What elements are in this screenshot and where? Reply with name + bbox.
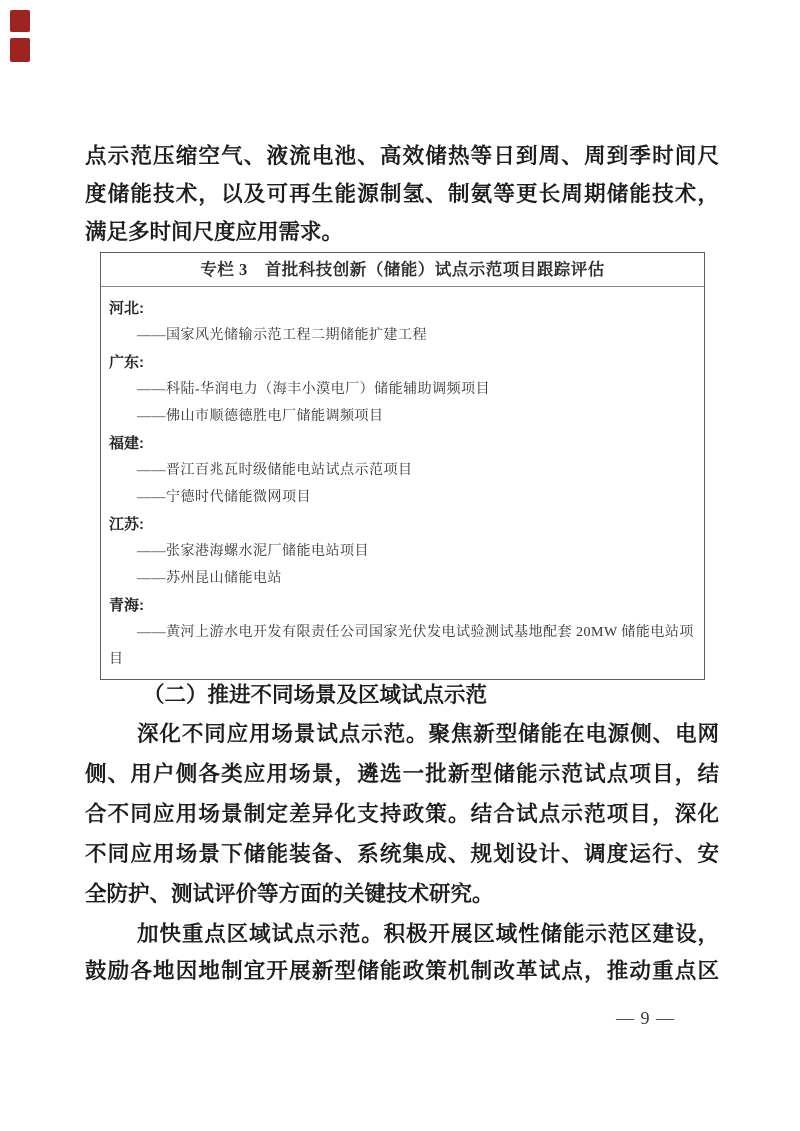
section-heading: （二）推进不同场景及区域试点示范 bbox=[85, 681, 719, 709]
project-item: ——张家港海螺水泥厂储能电站项目 bbox=[109, 538, 696, 565]
text-line: 鼓励各地因地制宜开展新型储能政策机制改革试点，推动重点区 bbox=[85, 953, 719, 990]
callout-box-body: 河北:——国家风光储输示范工程二期储能扩建工程广东:——科陆-华润电力（海丰小漠… bbox=[101, 287, 704, 679]
callout-box: 专栏 3 首批科技创新（储能）试点示范项目跟踪评估 河北:——国家风光储输示范工… bbox=[100, 252, 705, 680]
project-item: ——佛山市顺德德胜电厂储能调频项目 bbox=[109, 403, 696, 430]
region-label: 河北: bbox=[109, 295, 696, 322]
intro-paragraph: 点示范压缩空气、液流电池、高效储热等日到周、周到季时间尺度储能技术，以及可再生能… bbox=[85, 137, 719, 251]
region-label: 江苏: bbox=[109, 511, 696, 538]
text-line: 合不同应用场景制定差异化支持政策。结合试点示范项目，深化 bbox=[85, 794, 719, 834]
region-label: 福建: bbox=[109, 430, 696, 457]
text-line: 全防护、测试评价等方面的关键技术研究。 bbox=[85, 874, 719, 914]
project-item: ——晋江百兆瓦时级储能电站试点示范项目 bbox=[109, 457, 696, 484]
text-line: 加快重点区域试点示范。积极开展区域性储能示范区建设， bbox=[85, 916, 719, 953]
red-corner-mark bbox=[10, 38, 30, 62]
text-line: 满足多时间尺度应用需求。 bbox=[85, 213, 719, 251]
project-item: ——国家风光储输示范工程二期储能扩建工程 bbox=[109, 322, 696, 349]
body-paragraph-2: 加快重点区域试点示范。积极开展区域性储能示范区建设，鼓励各地因地制宜开展新型储能… bbox=[85, 916, 719, 990]
project-item: ——科陆-华润电力（海丰小漠电厂）储能辅助调频项目 bbox=[109, 376, 696, 403]
text-line: 点示范压缩空气、液流电池、高效储热等日到周、周到季时间尺 bbox=[85, 137, 719, 175]
project-item: ——苏州昆山储能电站 bbox=[109, 565, 696, 592]
text-line: 不同应用场景下储能装备、系统集成、规划设计、调度运行、安 bbox=[85, 834, 719, 874]
project-item: ——宁德时代储能微网项目 bbox=[109, 484, 696, 511]
red-corner-mark bbox=[10, 10, 30, 32]
callout-box-title: 专栏 3 首批科技创新（储能）试点示范项目跟踪评估 bbox=[101, 253, 704, 287]
text-line: 度储能技术，以及可再生能源制氢、制氨等更长周期储能技术， bbox=[85, 175, 719, 213]
document-page: 点示范压缩空气、液流电池、高效储热等日到周、周到季时间尺度储能技术，以及可再生能… bbox=[0, 0, 800, 1131]
project-item: ——黄河上游水电开发有限责任公司国家光伏发电试验测试基地配套 20MW 储能电站… bbox=[109, 619, 696, 673]
text-line: 侧、用户侧各类应用场景，遴选一批新型储能示范试点项目，结 bbox=[85, 754, 719, 794]
text-line: 深化不同应用场景试点示范。聚焦新型储能在电源侧、电网 bbox=[85, 714, 719, 754]
region-label: 广东: bbox=[109, 349, 696, 376]
page-number: — 9 — bbox=[616, 1006, 726, 1030]
region-label: 青海: bbox=[109, 592, 696, 619]
body-paragraph-1: 深化不同应用场景试点示范。聚焦新型储能在电源侧、电网侧、用户侧各类应用场景，遴选… bbox=[85, 714, 719, 914]
